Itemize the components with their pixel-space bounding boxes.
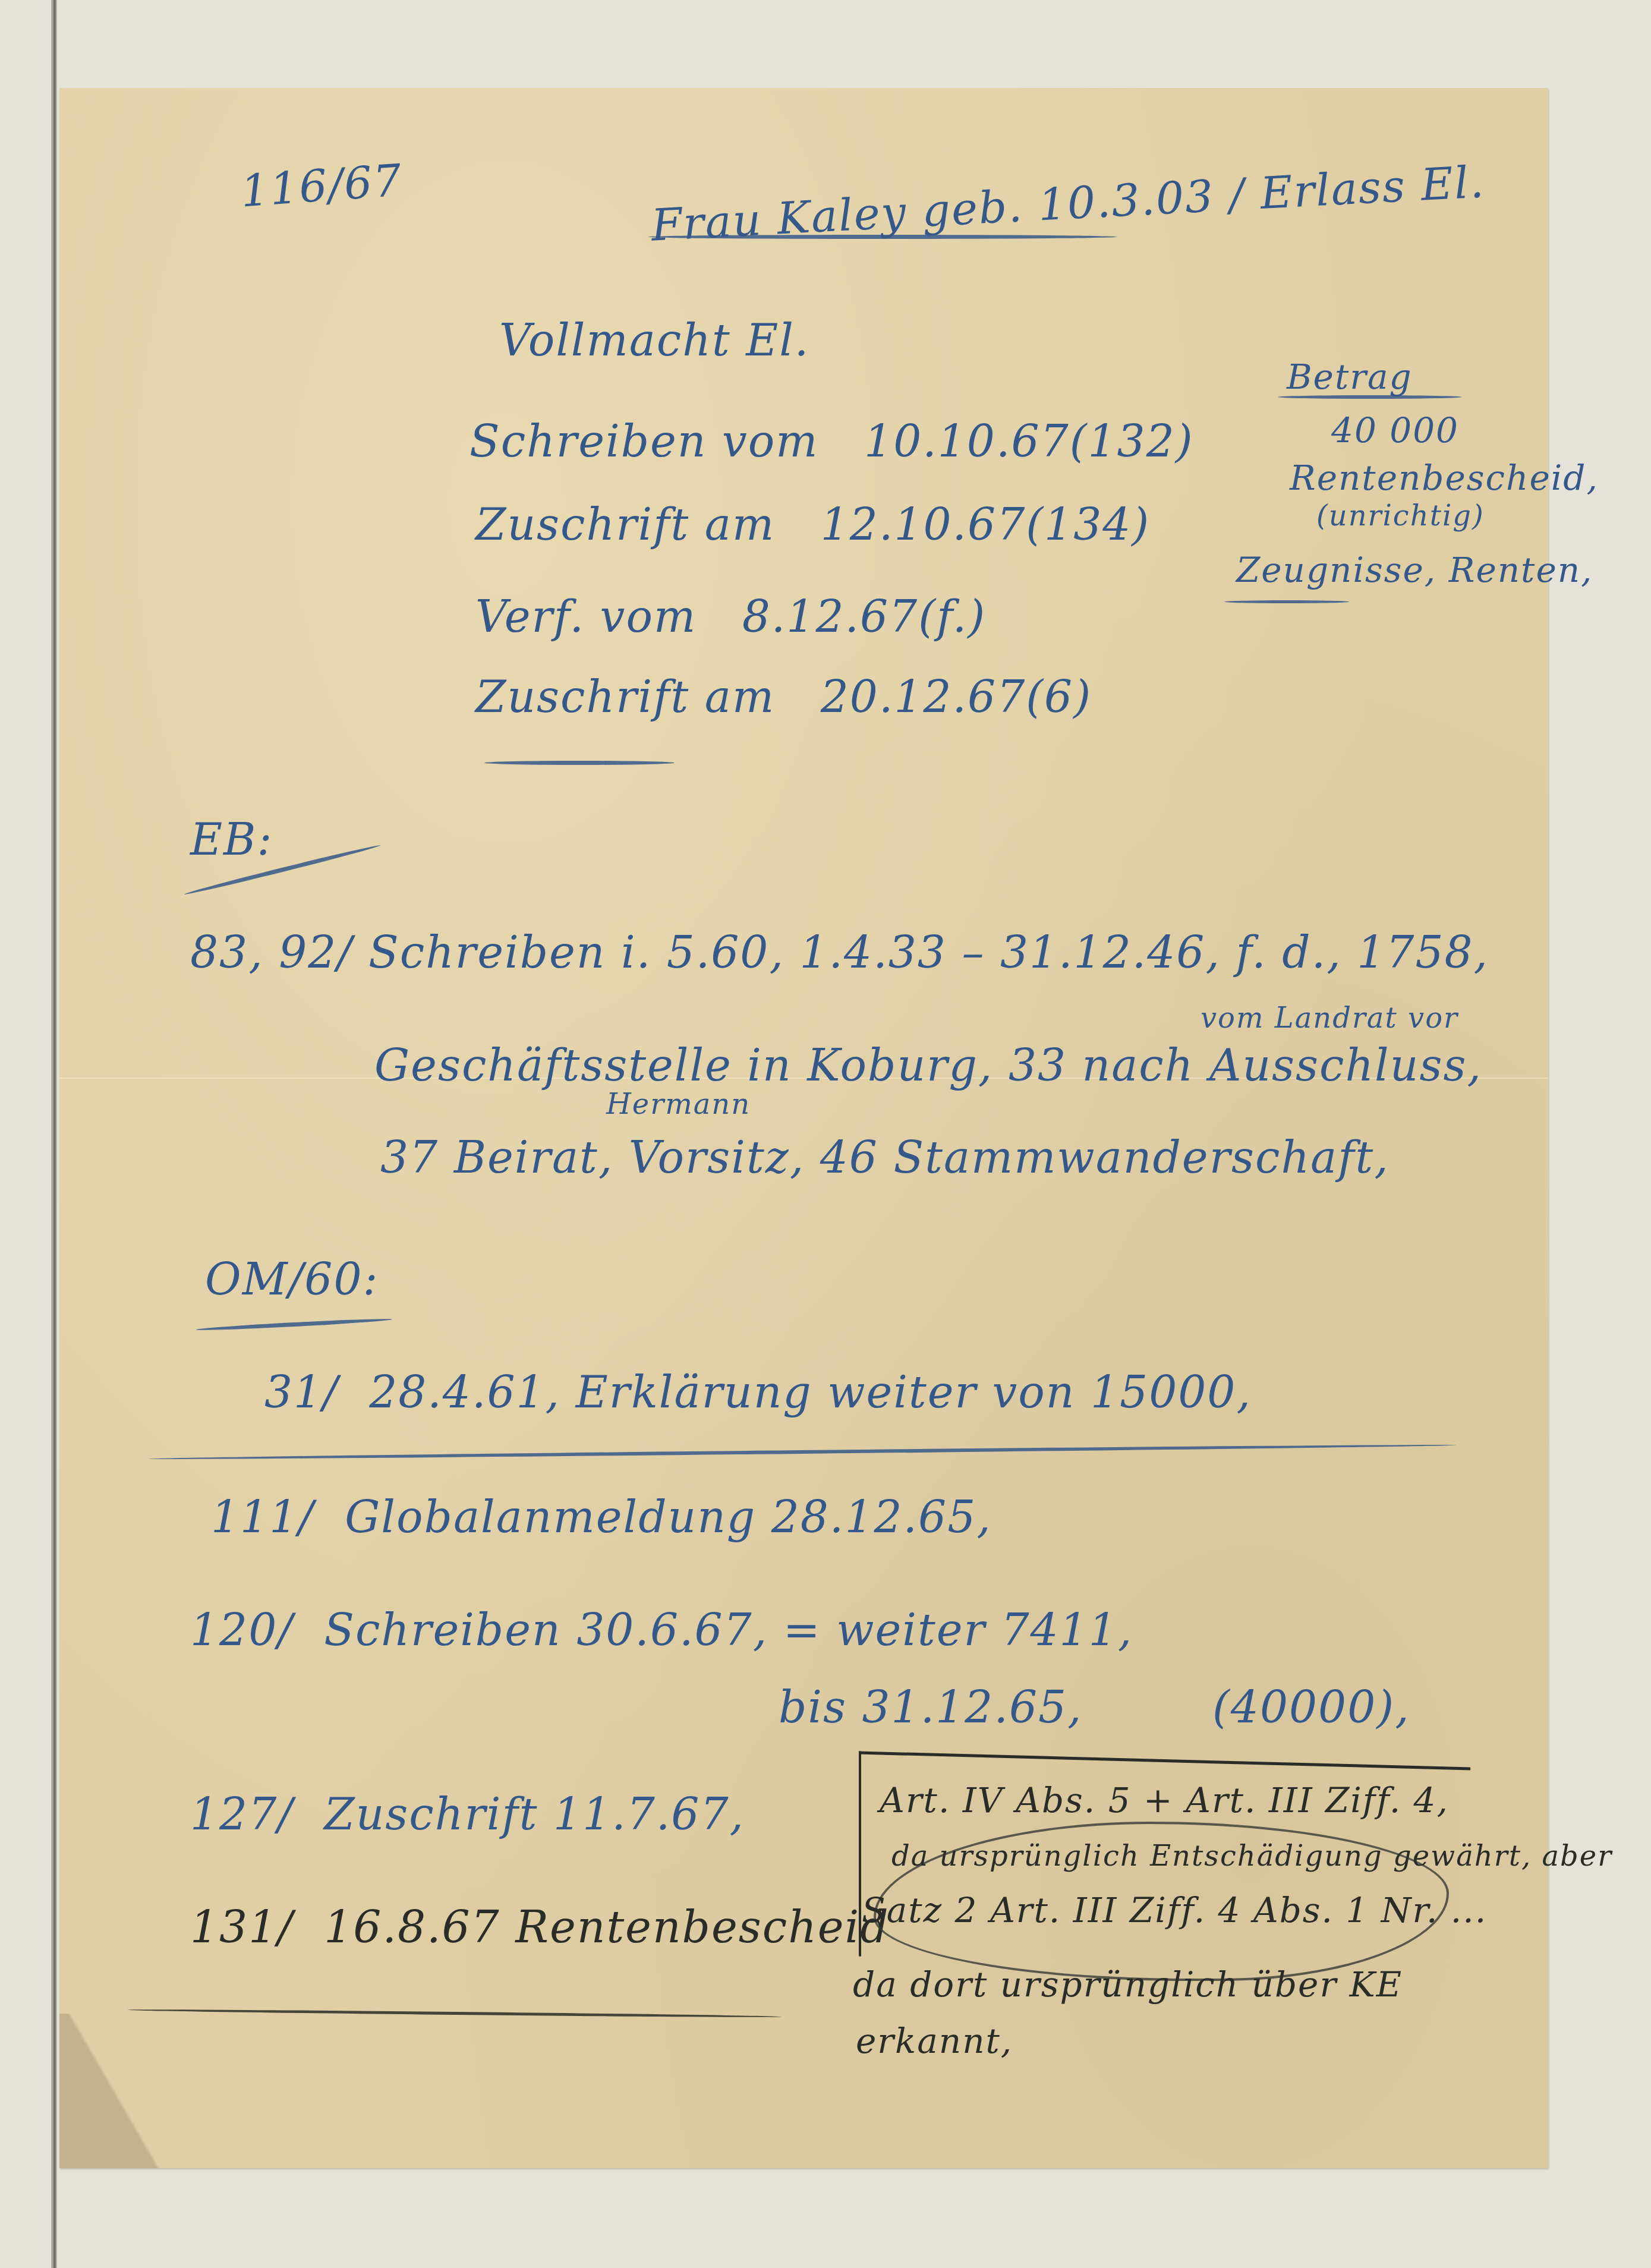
folded-corner [59,2014,172,2168]
entry-continuation: bis 31.12.65, [779,1682,1083,1733]
vollmacht-entry: Zuschrift am 20.12.67(6) [475,672,1092,723]
vollmacht-entry: Verf. vom 8.12.67(f.) [475,591,986,642]
eb-insert: Hermann [606,1088,751,1121]
vollmacht-heading: Vollmacht El. [499,315,809,366]
side-note-underline-2 [1224,600,1349,603]
vollmacht-entry: Zuschrift am 12.10.67(134) [475,499,1150,550]
pencil-line: da ursprünglich Entschädigung gewährt, a… [891,1839,1612,1873]
om-entry: 31/ 28.4.61, Erklärung weiter von 15000, [264,1367,1252,1418]
eb-line: Geschäftsstelle in Koburg, 33 nach Aussc… [374,1040,1482,1091]
pencil-line: Art. IV Abs. 5 + Art. III Ziff. 4, [880,1780,1449,1820]
eb-insert: vom Landrat vor [1201,1001,1458,1035]
side-note-line: Zeugnisse, Renten, [1236,550,1593,590]
binder-rule [51,0,57,2268]
side-note-amount: 40 000 [1331,410,1459,451]
pencil-line: erkannt, [856,2021,1013,2061]
eb-ref: 83, 92/ [190,927,353,978]
side-note-line: Rentenbescheid, [1290,458,1599,498]
side-note-heading: Betrag [1287,357,1413,397]
entry-row: 111/ Globalanmeldung 28.12.65, [211,1492,992,1543]
entry-amount: (40000), [1212,1682,1410,1733]
section-underline [484,761,675,765]
entry-row: 127/ Zuschrift 11.7.67, [190,1789,745,1840]
om-heading: OM/60: [205,1254,379,1305]
eb-heading: EB: [190,814,273,865]
title-underline [648,235,1117,239]
pencil-line: Satz 2 Art. III Ziff. 4 Abs. 1 Nr. ... [862,1890,1487,1930]
entry-row: 131/ 16.8.67 Rentenbescheid [190,1902,890,1953]
eb-line: 37 Beirat, Vorsitz, 46 Stammwanderschaft… [380,1132,1390,1183]
side-note-underline [1278,395,1462,399]
entry-row: 120/ Schreiben 30.6.67, = weiter 7411, [190,1605,1133,1656]
eb-line: Schreiben i. 5.60, 1.4.33 – 31.12.46, f.… [368,927,1489,978]
vollmacht-entry: Schreiben vom 10.10.67(132) [470,416,1194,467]
pencil-line: da dort ursprünglich über KE [853,1964,1403,2005]
side-note-line: (unrichtig) [1316,499,1485,533]
